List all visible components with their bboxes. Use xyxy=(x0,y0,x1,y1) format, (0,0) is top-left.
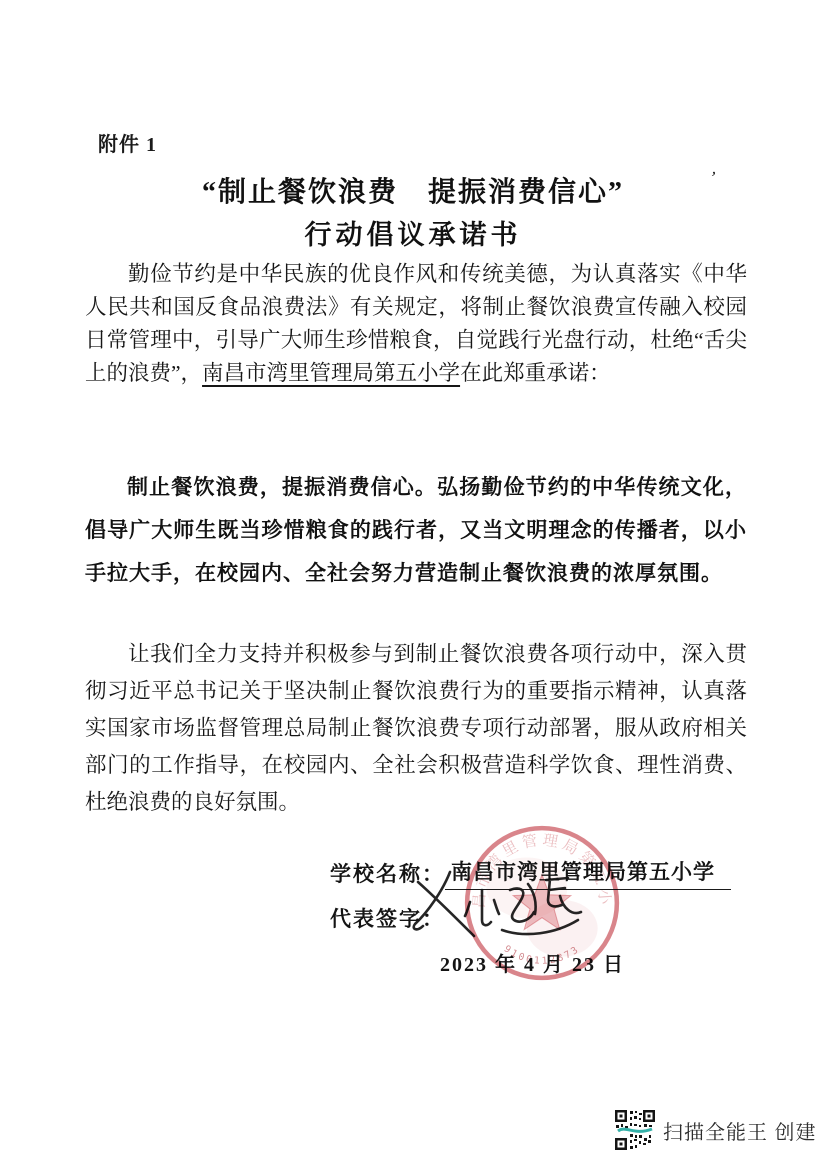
date-row: 2023 年 4 月 23 日 xyxy=(440,940,731,985)
attachment-label: 附件 1 xyxy=(98,128,157,157)
scanner-credit-text: 扫描全能王 创建 xyxy=(663,1116,817,1145)
intro-text-after: 在此郑重承诺： xyxy=(460,361,611,385)
paragraph-intro: 勤俭节约是中华民族的优良作风和传统美德，为认真落实《中华人民共和国反食品浪费法》… xyxy=(85,258,747,390)
document-page: 附件 1 “制止餐饮浪费 提振消费信心” 行动倡议承诺书 勤俭节约是中华民族的优… xyxy=(0,0,826,1170)
school-name-value: 南昌市湾里管理局第五小学 xyxy=(445,856,731,890)
signature-block: 学校名称： 南昌市湾里管理局第五小学 代表签字： 2023 年 4 月 23 日 xyxy=(330,850,731,985)
paragraph-action: 让我们全力支持并积极参与到制止餐饮浪费各项行动中，深入贯彻习近平总书记关于坚决制… xyxy=(85,636,747,821)
school-name-inline-underlined: 南昌市湾里管理局第五小学 xyxy=(202,361,460,385)
document-title-line2: 行动倡议承诺书 xyxy=(0,213,826,252)
commitment-date: 2023 年 4 月 23 日 xyxy=(440,948,625,977)
representative-row: 代表签字： xyxy=(330,895,731,940)
qr-code-icon xyxy=(614,1109,656,1151)
paragraph-commitment-bold: 制止餐饮浪费，提振消费信心。弘扬勤俭节约的中华传统文化，倡导广大师生既当珍惜粮食… xyxy=(85,466,747,595)
school-name-row: 学校名称： 南昌市湾里管理局第五小学 xyxy=(330,850,731,895)
representative-label: 代表签字： xyxy=(330,903,445,933)
school-name-label: 学校名称： xyxy=(330,858,445,888)
document-title-line1: “制止餐饮浪费 提振消费信心” xyxy=(0,170,826,210)
